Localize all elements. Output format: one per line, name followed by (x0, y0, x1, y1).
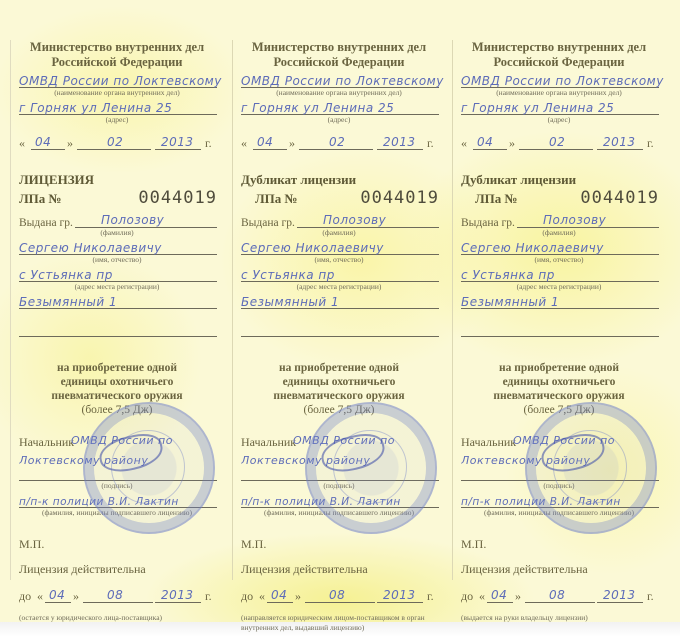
quote-open: « (461, 136, 467, 151)
year-suffix: г. (205, 589, 212, 604)
address-field: г Горняк ул Ленина 25 (453, 97, 665, 119)
purpose-line-3: пневматического оружия (11, 389, 223, 403)
issue-day: 04 (477, 135, 493, 149)
issue-day: 04 (35, 135, 51, 149)
registration-field-1: с Устьянка пр (453, 264, 665, 286)
valid-year: 2013 (383, 588, 416, 602)
quote-open: « (37, 589, 43, 604)
blank-field (11, 313, 223, 341)
coupon-title: ЛИЦЕНЗИЯ (19, 172, 223, 188)
purpose-line-2: единицы охотничьего (453, 375, 665, 389)
valid-day: 04 (271, 588, 287, 602)
authority-handwritten: ОМВД России по Локтевскому (461, 74, 664, 88)
surname-handwritten: Полозову (323, 213, 386, 227)
license-number: 0044019 (360, 188, 439, 208)
lpa-label: ЛПа № (255, 191, 298, 207)
blank-field (453, 313, 665, 341)
license-number: 0044019 (138, 188, 217, 208)
name-field: Сергею Николаевичу (233, 237, 445, 259)
issue-date: « 04 » 02 2013 г. (11, 132, 223, 154)
issue-year: 2013 (603, 135, 636, 149)
quote-close: » (509, 136, 515, 151)
issue-year: 2013 (383, 135, 416, 149)
year-suffix: г. (427, 589, 434, 604)
license-purpose: на приобретение одной единицы охотничьег… (11, 361, 223, 417)
ministry-line-1: Министерство внутренних дел (453, 40, 665, 55)
issue-month: 02 (549, 135, 565, 149)
coupon-duplicate-1: Министерство внутренних дел Российской Ф… (232, 40, 445, 580)
address-field: г Горняк ул Ленина 25 (233, 97, 445, 119)
purpose-line-1: на приобретение одной (11, 361, 223, 375)
registration-handwritten-2: Безымянный 1 (19, 295, 117, 309)
registration-field-2: Безымянный 1 (233, 291, 445, 313)
name-field: Сергею Николаевичу (11, 237, 223, 259)
name-handwritten: Сергею Николаевичу (241, 241, 384, 255)
authority-handwritten: ОМВД России по Локтевскому (19, 74, 222, 88)
quote-open: « (241, 136, 247, 151)
until-label: до (19, 589, 31, 604)
chief-label: Начальник (19, 435, 74, 450)
quote-close: » (289, 136, 295, 151)
registration-field-1: с Устьянка пр (11, 264, 223, 286)
license-number: 0044019 (580, 188, 659, 208)
authority-field: ОМВД России по Локтевскому (11, 70, 223, 92)
name-handwritten: Сергею Николаевичу (19, 241, 162, 255)
address-handwritten: г Горняк ул Ленина 25 (461, 101, 614, 115)
quote-open: « (259, 589, 265, 604)
valid-day: 04 (49, 588, 65, 602)
coupon-title: Дубликат лицензии (241, 172, 445, 188)
issue-date: « 04 » 02 2013 г. (453, 132, 665, 154)
issue-date: « 04 » 02 2013 г. (233, 132, 445, 154)
valid-label: Лицензия действительна (19, 562, 223, 577)
coupon-license: Министерство внутренних дел Российской Ф… (10, 40, 223, 580)
quote-open: « (479, 589, 485, 604)
valid-until-date: до 04 » 08 2013 г. « (453, 585, 665, 607)
valid-until-date: до 04 » 08 2013 г. « (11, 585, 223, 607)
purpose-line-2: единицы охотничьего (233, 375, 445, 389)
license-purpose: на приобретение одной единицы охотничьег… (233, 361, 445, 417)
ministry-line-2: Российской Федерации (11, 55, 223, 70)
until-label: до (241, 589, 253, 604)
until-label: до (461, 589, 473, 604)
purpose-line-3: пневматического оружия (453, 389, 665, 403)
authority-field: ОМВД России по Локтевскому (453, 70, 665, 92)
issued-label: Выдана гр. (461, 217, 515, 229)
coupon-title: Дубликат лицензии (461, 172, 665, 188)
registration-handwritten-1: с Устьянка пр (241, 268, 335, 282)
name-handwritten: Сергею Николаевичу (461, 241, 604, 255)
purpose-line-1: на приобретение одной (453, 361, 665, 375)
seal-place-label: М.П. (241, 537, 445, 552)
ministry-header: Министерство внутренних дел Российской Ф… (11, 40, 223, 70)
issued-to-field: Выдана гр. Полозову (233, 210, 445, 232)
valid-month: 08 (549, 588, 565, 602)
valid-month: 08 (329, 588, 345, 602)
blank-field (233, 313, 445, 341)
valid-year: 2013 (603, 588, 636, 602)
authority-handwritten: ОМВД России по Локтевскому (241, 74, 444, 88)
seal-place-label: М.П. (461, 537, 665, 552)
address-handwritten: г Горняк ул Ленина 25 (19, 101, 172, 115)
purpose-line-2: единицы охотничьего (11, 375, 223, 389)
name-field: Сергею Николаевичу (453, 237, 665, 259)
ministry-line-1: Министерство внутренних дел (11, 40, 223, 55)
registration-handwritten-2: Безымянный 1 (461, 295, 559, 309)
chief-label: Начальник (241, 435, 296, 450)
coupon-note: (выдается на руки владельцу лицензии) (461, 613, 665, 623)
issue-year: 2013 (161, 135, 194, 149)
valid-month: 08 (107, 588, 123, 602)
coupon-note: (остается у юридического лица-поставщика… (19, 613, 223, 623)
license-purpose: на приобретение одной единицы охотничьег… (453, 361, 665, 417)
ministry-header: Министерство внутренних дел Российской Ф… (233, 40, 445, 70)
year-suffix: г. (205, 136, 212, 151)
issue-day: 04 (257, 135, 273, 149)
ministry-line-1: Министерство внутренних дел (233, 40, 445, 55)
registration-handwritten-1: с Устьянка пр (19, 268, 113, 282)
quote-close: » (515, 589, 521, 604)
issue-month: 02 (329, 135, 345, 149)
address-field: г Горняк ул Ленина 25 (11, 97, 223, 119)
official-seal (305, 402, 437, 534)
ministry-line-2: Российской Федерации (233, 55, 445, 70)
valid-label: Лицензия действительна (461, 562, 665, 577)
lpa-label: ЛПа № (19, 191, 62, 207)
ministry-header: Министерство внутренних дел Российской Ф… (453, 40, 665, 70)
issued-label: Выдана гр. (241, 217, 295, 229)
license-number-row: ЛПа № 0044019 (453, 188, 665, 210)
quote-close: » (67, 136, 73, 151)
issue-month: 02 (107, 135, 123, 149)
registration-field-2: Безымянный 1 (453, 291, 665, 313)
license-number-row: ЛПа № 0044019 (233, 188, 445, 210)
year-suffix: г. (647, 589, 654, 604)
official-seal (83, 402, 215, 534)
address-handwritten: г Горняк ул Ленина 25 (241, 101, 394, 115)
registration-field-2: Безымянный 1 (11, 291, 223, 313)
surname-handwritten: Полозову (543, 213, 606, 227)
official-seal (525, 402, 657, 534)
purpose-line-1: на приобретение одной (233, 361, 445, 375)
valid-day: 04 (491, 588, 507, 602)
ministry-line-2: Российской Федерации (453, 55, 665, 70)
license-number-row: ЛПа № 0044019 (11, 188, 223, 210)
valid-until-date: до 04 » 08 2013 г. « (233, 585, 445, 607)
registration-handwritten-1: с Устьянка пр (461, 268, 555, 282)
valid-label: Лицензия действительна (241, 562, 445, 577)
surname-handwritten: Полозову (101, 213, 164, 227)
coupon-note: (направляется юридическим лицом-поставщи… (241, 613, 445, 633)
seal-place-label: М.П. (19, 537, 223, 552)
coupon-duplicate-2: Министерство внутренних дел Российской Ф… (452, 40, 665, 580)
registration-field-1: с Устьянка пр (233, 264, 445, 286)
authority-field: ОМВД России по Локтевскому (233, 70, 445, 92)
issued-to-field: Выдана гр. Полозову (453, 210, 665, 232)
lpa-label: ЛПа № (475, 191, 518, 207)
purpose-line-3: пневматического оружия (233, 389, 445, 403)
year-suffix: г. (427, 136, 434, 151)
year-suffix: г. (647, 136, 654, 151)
quote-close: » (73, 589, 79, 604)
registration-handwritten-2: Безымянный 1 (241, 295, 339, 309)
valid-year: 2013 (161, 588, 194, 602)
chief-label: Начальник (461, 435, 516, 450)
quote-open: « (19, 136, 25, 151)
issued-label: Выдана гр. (19, 217, 73, 229)
issued-to-field: Выдана гр. Полозову (11, 210, 223, 232)
quote-close: » (295, 589, 301, 604)
